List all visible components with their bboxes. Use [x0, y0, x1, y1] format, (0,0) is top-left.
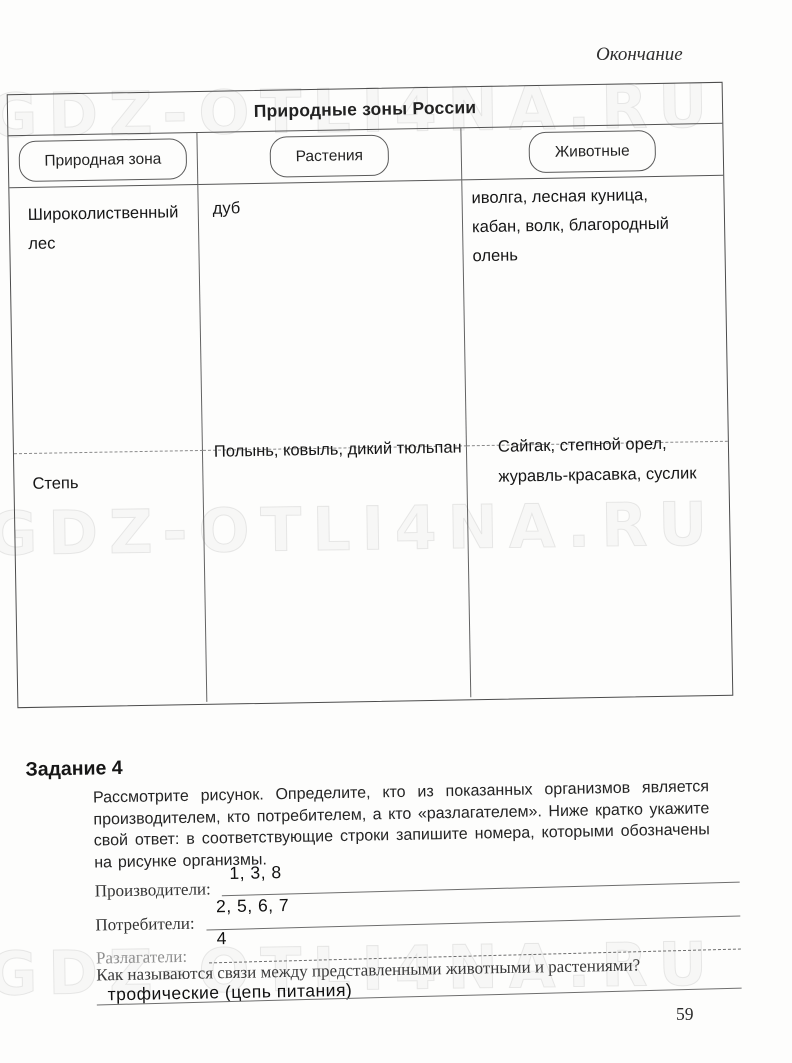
column-header-plants: Растения — [269, 135, 389, 178]
nature-zones-table: Природные зоны России Природная зона Рас… — [7, 82, 734, 708]
producers-answer-line — [222, 882, 740, 897]
consumers-answer: 2, 5, 6, 7 — [216, 895, 289, 917]
table-grid: Природная зона Растения Животные Широкол… — [8, 124, 732, 705]
table-row-2-plants-cell: Полынь, ковыль, дикий тюльпан — [203, 446, 471, 702]
producers-label: Производители: — [95, 879, 211, 901]
table-row-2-zone: Степь — [14, 451, 207, 705]
task-4-section: Задание 4 Рассмотрите рисунок. Определит… — [0, 745, 792, 1059]
column-header-animals-cell: Животные — [461, 124, 723, 181]
task-instructions: Рассмотрите рисунок. Определите, кто из … — [93, 776, 710, 873]
task-heading: Задание 4 — [25, 757, 123, 782]
table-row-2-animals-answer: Сайгак, степной орел, журавль-красавка, … — [467, 428, 711, 492]
table-row-1-zone: Широколиственный лес — [9, 185, 203, 454]
continuation-note: Окончание — [596, 44, 683, 66]
trophic-question: Как называются связи между представленны… — [96, 954, 736, 986]
table-row-1-plants-answer: дуб — [198, 180, 467, 451]
table-row-2-animals-cell: Сайгак, степной орел, журавль-красавка, … — [467, 442, 732, 698]
table-row-2-plants-answer: Полынь, ковыль, дикий тюльпан — [203, 433, 466, 467]
table-row-1-animals-answer: иволга, лесная куница, кабан, волк, благ… — [462, 176, 701, 271]
column-header-plants-cell: Растения — [197, 128, 462, 185]
consumers-answer-line — [206, 915, 740, 930]
scanned-workbook-page: GDZ-OTLI4NA.RU GDZ-OTLI4NA.RU GDZ-OTLI4N… — [0, 0, 792, 1063]
decomposers-answer: 4 — [216, 928, 227, 949]
producers-answer: 1, 3, 8 — [229, 862, 282, 884]
table-row-1-animals-cell: иволга, лесная куница, кабан, волк, благ… — [462, 176, 728, 447]
column-header-animals: Животные — [529, 130, 656, 173]
column-header-zone-cell: Природная зона — [8, 133, 198, 188]
column-header-zone: Природная зона — [18, 138, 188, 182]
consumers-label: Потребители: — [95, 914, 195, 936]
